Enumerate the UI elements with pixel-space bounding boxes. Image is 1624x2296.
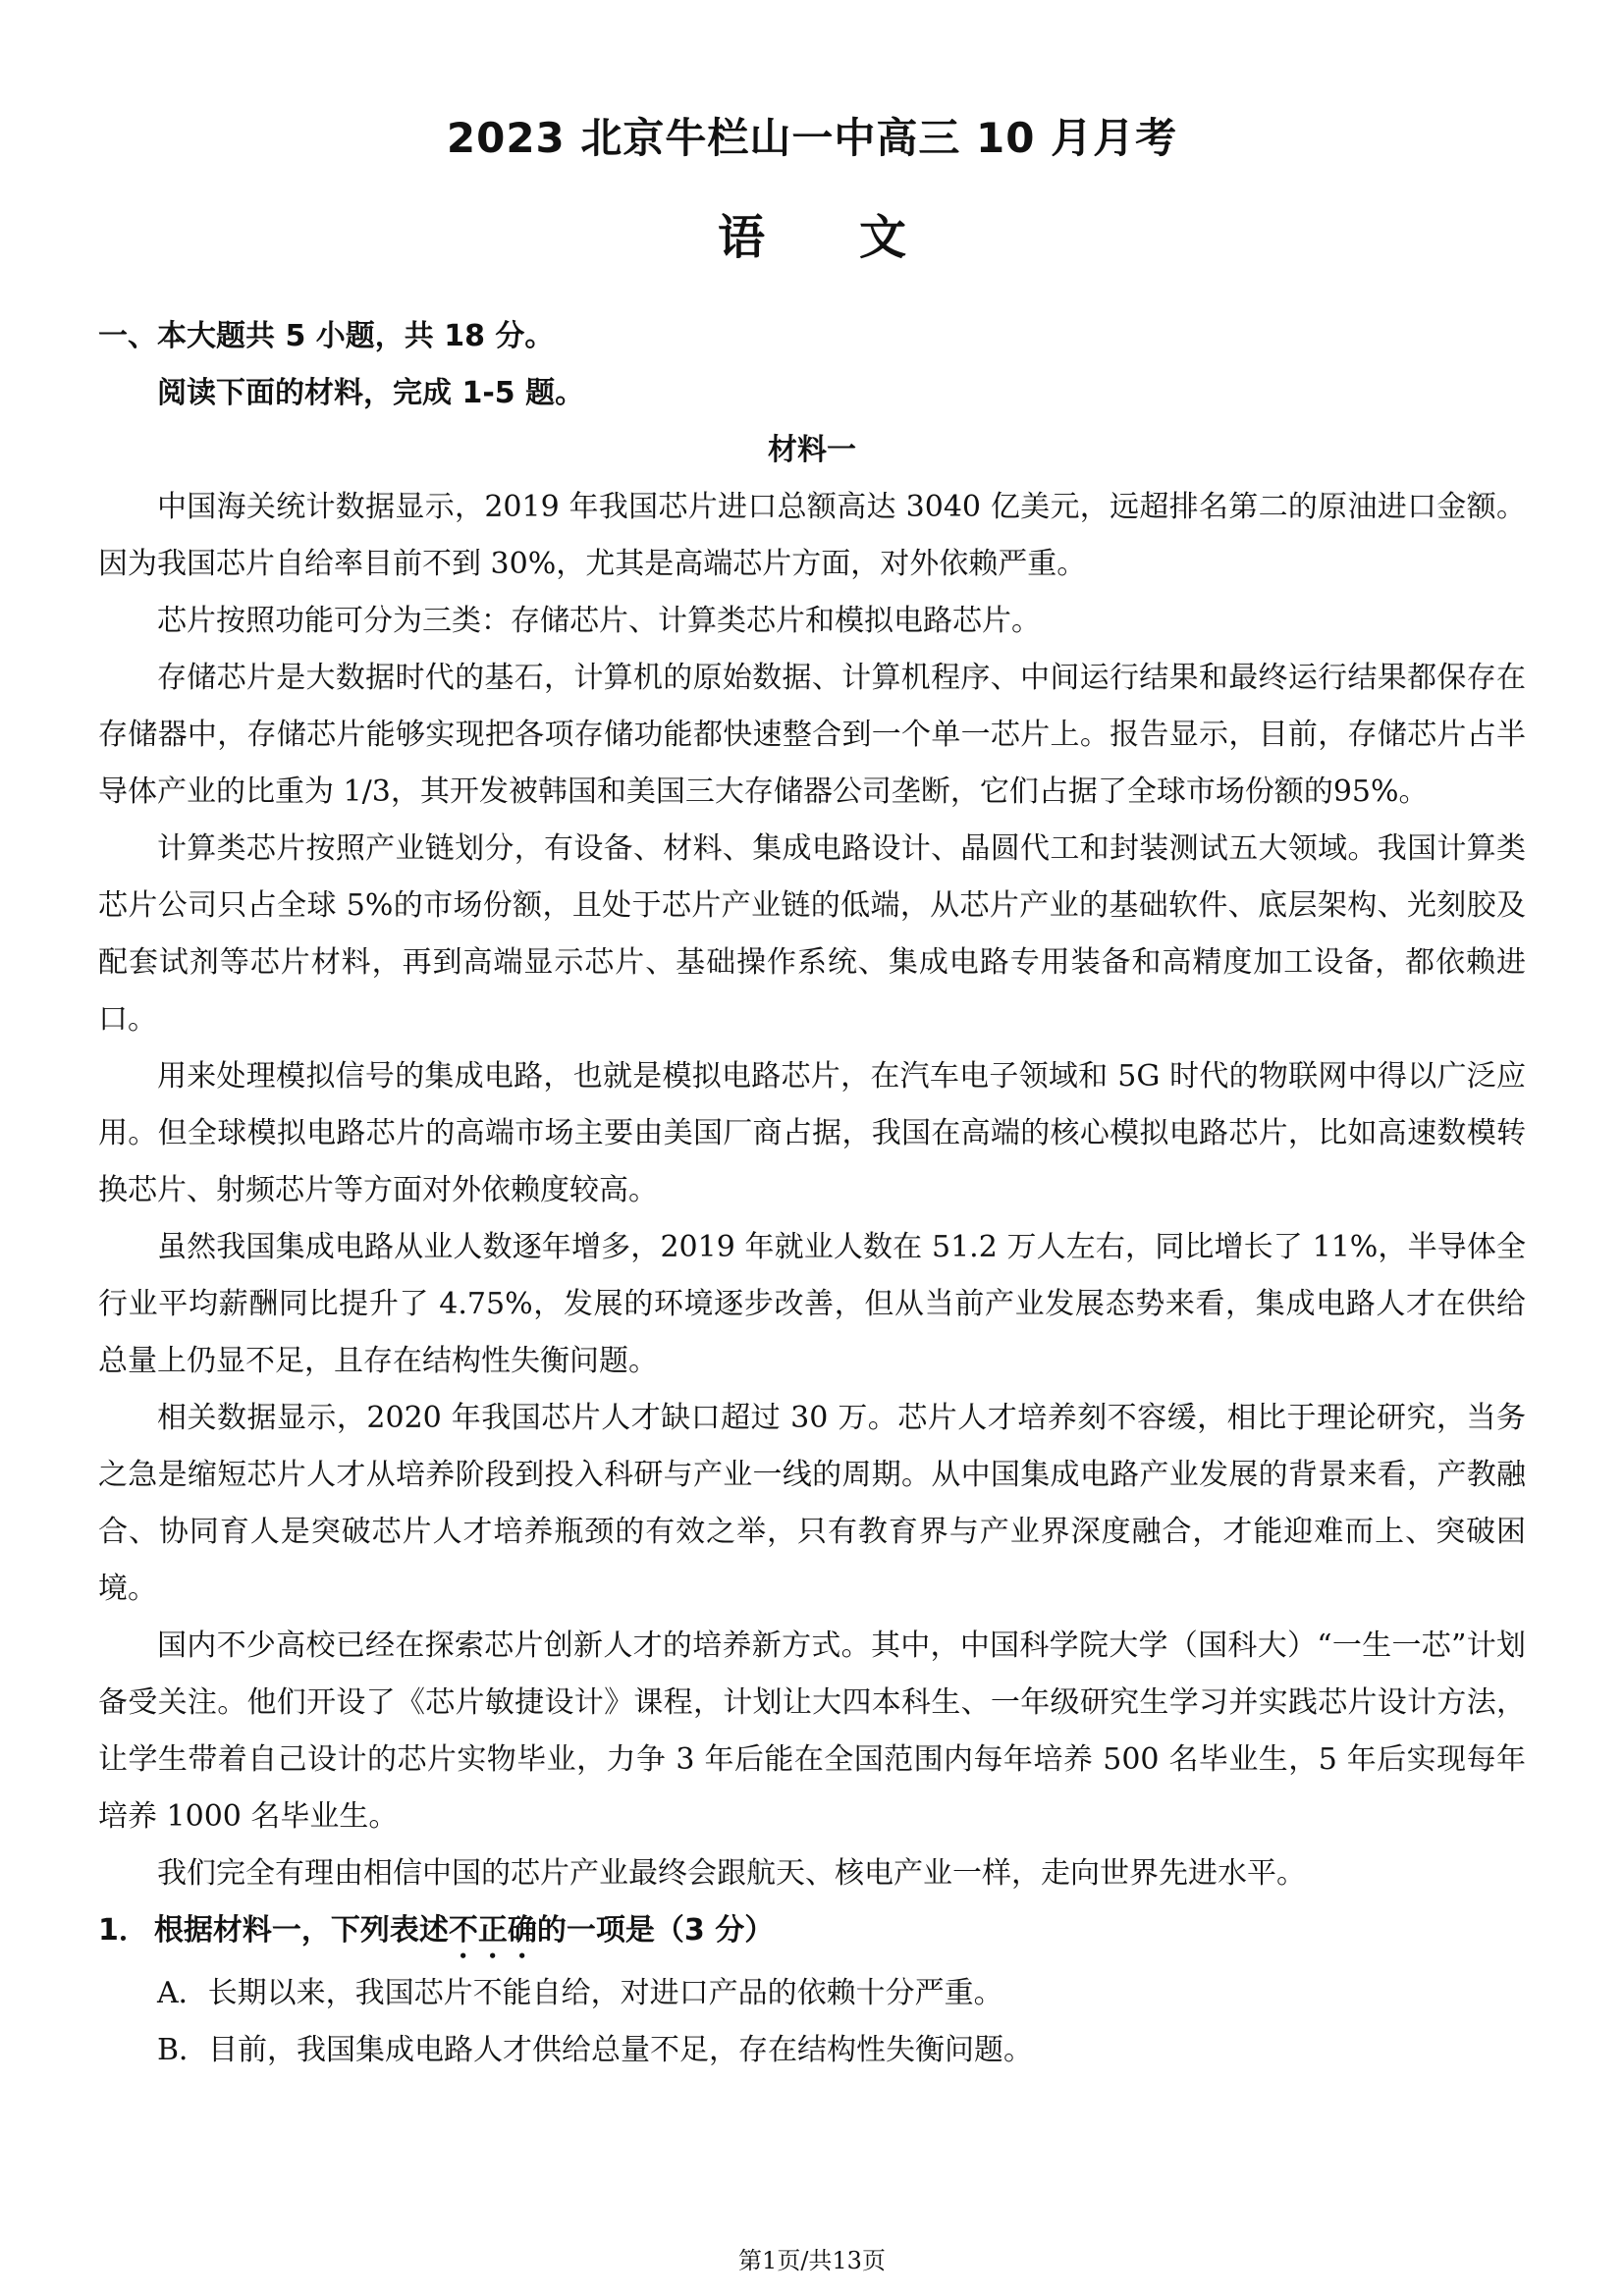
- material-one-heading: 材料一: [98, 422, 1526, 479]
- exam-title: 2023 北京牛栏山一中高三 10 月月考: [98, 114, 1526, 163]
- question-1-emphasized-text: 不正确: [449, 1913, 537, 1948]
- material-paragraph: 芯片按照功能可分为三类：存储芯片、计算类芯片和模拟电路芯片。: [98, 593, 1526, 650]
- question-1-option-b: B．目前，我国集成电路人才供给总量不足，存在结构性失衡问题。: [98, 2022, 1526, 2079]
- material-paragraph: 用来处理模拟信号的集成电路，也就是模拟电路芯片，在汽车电子领域和 5G 时代的物…: [98, 1048, 1526, 1219]
- material-paragraph: 我们完全有理由相信中国的芯片产业最终会跟航天、核电产业一样，走向世界先进水平。: [98, 1845, 1526, 1902]
- material-paragraph: 国内不少高校已经在探索芯片创新人才的培养新方式。其中，中国科学院大学（国科大）“…: [98, 1618, 1526, 1845]
- question-1-option-a: A．长期以来，我国芯片不能自给，对进口产品的依赖十分严重。: [98, 1965, 1526, 2022]
- material-paragraph: 虽然我国集成电路从业人数逐年增多，2019 年就业人数在 51.2 万人左右，同…: [98, 1219, 1526, 1390]
- page-content: 2023 北京牛栏山一中高三 10 月月考 语 文 一、本大题共 5 小题，共 …: [0, 0, 1624, 2079]
- question-1-text-pre: 根据材料一，下列表述: [154, 1913, 449, 1948]
- material-paragraph: 中国海关统计数据显示，2019 年我国芯片进口总额高达 3040 亿美元，远超排…: [98, 479, 1526, 593]
- material-paragraph: 计算类芯片按照产业链划分，有设备、材料、集成电路设计、晶圆代工和封装测试五大领域…: [98, 821, 1526, 1048]
- material-one-body: 中国海关统计数据显示，2019 年我国芯片进口总额高达 3040 亿美元，远超排…: [98, 479, 1526, 1902]
- question-1: 1．根据材料一，下列表述不正确的一项是（3 分）: [98, 1902, 1526, 1965]
- question-1-number: 1．: [98, 1913, 148, 1948]
- material-paragraph: 存储芯片是大数据时代的基石，计算机的原始数据、计算机程序、中间运行结果和最终运行…: [98, 650, 1526, 821]
- question-1-text-post: 的一项是（3 分）: [537, 1913, 774, 1948]
- exam-subject: 语 文: [98, 210, 1526, 265]
- material-paragraph: 相关数据显示，2020 年我国芯片人才缺口超过 30 万。芯片人才培养刻不容缓，…: [98, 1390, 1526, 1618]
- page-number: 第1页/共13页: [0, 2247, 1624, 2274]
- section-heading: 一、本大题共 5 小题，共 18 分。: [98, 308, 1526, 365]
- reading-instruction: 阅读下面的材料，完成 1-5 题。: [98, 365, 1526, 422]
- document-page: 2023 北京牛栏山一中高三 10 月月考 语 文 一、本大题共 5 小题，共 …: [0, 0, 1624, 2296]
